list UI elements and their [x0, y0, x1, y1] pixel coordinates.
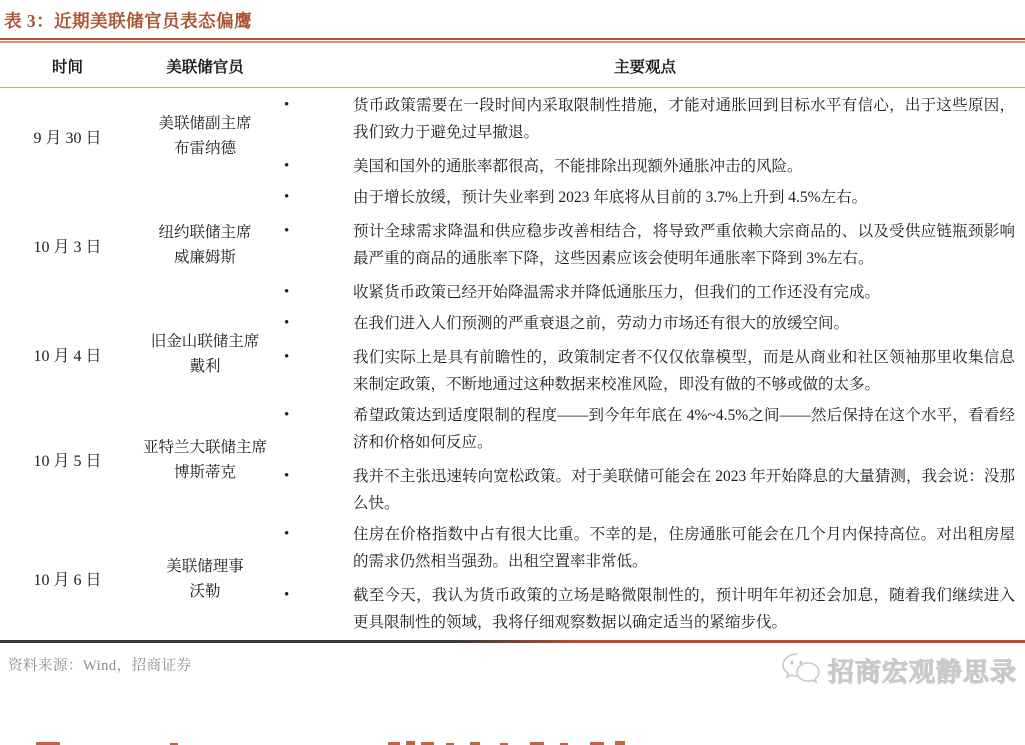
points-list: 货币政策需要在一段时间内采取限制性措施，才能对通胀回到目标水平有信心，出于这些原…: [275, 92, 1015, 180]
table-row: 10 月 6 日 美联储理事 沃勒 住房在价格指数中占有很大比重。不幸的是，住房…: [0, 519, 1025, 638]
bullet-point: 我并不主张迅速转向宽松政策。对于美联储可能会在 2023 年开始降息的大量猜测，…: [275, 463, 1015, 517]
bullet-point: 货币政策需要在一段时间内采取限制性措施，才能对通胀回到目标水平有信心，出于这些原…: [275, 92, 1015, 146]
table-title: 表 3：近期美联储官员表态偏鹰: [0, 0, 1025, 38]
research-report-table: 表 3：近期美联储官员表态偏鹰 时间 美联储官员 主要观点 9 月 30 日 美…: [0, 0, 1025, 745]
official-name: 博斯蒂克: [135, 460, 275, 485]
bullet-point: 希望政策达到适度限制的程度——到今年年底在 4%~4.5%之间——然后保持在这个…: [275, 402, 1015, 456]
official-title: 美联储理事: [135, 554, 275, 579]
bullet-point: 收紧货币政策已经开始降温需求并降低通胀压力，但我们的工作还没有完成。: [275, 279, 1015, 306]
clipped-next-section-text: [0, 738, 1025, 745]
date-cell: 10 月 6 日: [0, 567, 135, 590]
date-cell: 10 月 5 日: [0, 448, 135, 471]
bullet-point: 我们实际上是具有前瞻性的，政策制定者不仅仅依靠模型，而是从商业和社区领袖那里收集…: [275, 344, 1015, 398]
official-title: 美联储副主席: [135, 111, 275, 136]
official-cell: 旧金山联储主席 戴利: [135, 329, 275, 379]
points-list: 住房在价格指数中占有很大比重。不幸的是，住房通胀可能会在几个月内保持高位。对出租…: [275, 521, 1015, 636]
brand-watermark: 招商宏观静思录: [781, 652, 1017, 689]
official-title: 旧金山联储主席: [135, 329, 275, 354]
official-cell: 亚特兰大联储主席 博斯蒂克: [135, 435, 275, 485]
column-header-time: 时间: [0, 55, 135, 77]
bullet-point: 截至今天，我认为货币政策的立场是略微限制性的，预计明年年初还会加息，随着我们继续…: [275, 582, 1015, 636]
official-cell: 纽约联储主席 威廉姆斯: [135, 220, 275, 270]
bullet-point: 美国和国外的通胀率都很高，不能排除出现额外通胀冲击的风险。: [275, 153, 1015, 180]
bullet-point: 预计全球需求降温和供应稳步改善相结合，将导致严重依赖大宗商品的、以及受供应链瓶颈…: [275, 218, 1015, 272]
table-row: 9 月 30 日 美联储副主席 布雷纳德 货币政策需要在一段时间内采取限制性措施…: [0, 90, 1025, 182]
bullet-point: 在我们进入人们预测的严重衰退之前，劳动力市场还有很大的放缓空间。: [275, 310, 1015, 337]
table-body: 9 月 30 日 美联储副主席 布雷纳德 货币政策需要在一段时间内采取限制性措施…: [0, 88, 1025, 640]
table-row: 10 月 4 日 旧金山联储主席 戴利 在我们进入人们预测的严重衰退之前，劳动力…: [0, 308, 1025, 400]
table-row: 10 月 5 日 亚特兰大联储主席 博斯蒂克 希望政策达到适度限制的程度——到今…: [0, 400, 1025, 519]
wechat-icon: [781, 652, 821, 689]
date-cell: 9 月 30 日: [0, 125, 135, 148]
official-name: 戴利: [135, 354, 275, 379]
points-list: 希望政策达到适度限制的程度——到今年年底在 4%~4.5%之间——然后保持在这个…: [275, 402, 1015, 517]
official-title: 亚特兰大联储主席: [135, 435, 275, 460]
bullet-point: 由于增长放缓，预计失业率到 2023 年底将从目前的 3.7%上升到 4.5%左…: [275, 184, 1015, 211]
official-name: 沃勒: [135, 579, 275, 604]
official-name: 布雷纳德: [135, 136, 275, 161]
bullet-point: 住房在价格指数中占有很大比重。不幸的是，住房通胀可能会在几个月内保持高位。对出租…: [275, 521, 1015, 575]
date-cell: 10 月 3 日: [0, 234, 135, 257]
column-header-main-views: 主要观点: [275, 55, 1025, 77]
official-cell: 美联储理事 沃勒: [135, 554, 275, 604]
official-title: 纽约联储主席: [135, 220, 275, 245]
data-source-note: 资料来源：Wind，招商证券: [8, 652, 192, 675]
date-cell: 10 月 4 日: [0, 343, 135, 366]
footer: 资料来源：Wind，招商证券 招商宏观静思录: [0, 643, 1025, 689]
points-list: 在我们进入人们预测的严重衰退之前，劳动力市场还有很大的放缓空间。 我们实际上是具…: [275, 310, 1015, 398]
official-name: 威廉姆斯: [135, 245, 275, 270]
table-header-row: 时间 美联储官员 主要观点: [0, 43, 1025, 87]
table-row: 10 月 3 日 纽约联储主席 威廉姆斯 由于增长放缓，预计失业率到 2023 …: [0, 182, 1025, 308]
official-cell: 美联储副主席 布雷纳德: [135, 111, 275, 161]
column-header-official: 美联储官员: [135, 55, 275, 77]
points-list: 由于增长放缓，预计失业率到 2023 年底将从目前的 3.7%上升到 4.5%左…: [275, 184, 1015, 306]
brand-name: 招商宏观静思录: [828, 652, 1017, 689]
